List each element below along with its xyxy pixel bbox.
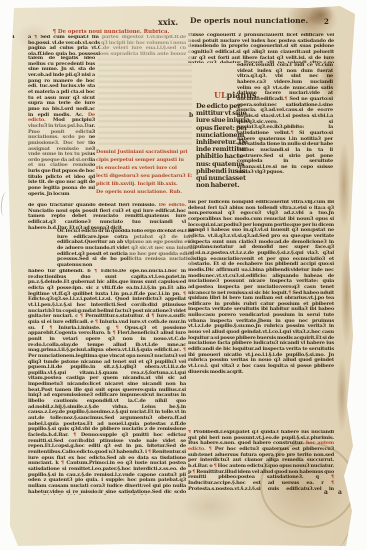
right-column-top-gloss: suisse cognouerit z pronunciauerit licet… [188,33,334,63]
left-edge-mark [0,192,10,217]
left-column-transition-gloss: de quo tractatur quando debeat fieri rem… [28,203,186,229]
author-heading-initials: UL [214,90,227,100]
margin-letter-a: a [11,34,15,40]
running-title: De operis noui nunciatione. [190,16,308,25]
folio-number: 2 [324,17,329,26]
author-heading-name: pianus. [227,90,260,100]
incipit-rubric-block: Domini Justiniani sacratissimi pricipis … [96,148,192,198]
manuscript-page: xxix. De operis noui nunciatione. 2 a ¶ … [8,6,355,546]
stain-right-edge-2 [339,230,354,360]
quire-signature-mark: a a [324,489,346,496]
left-column-main-gloss: habeo tur ghibendi. b ¶ Edicto.De ope.no… [28,269,186,495]
left-column-intro-gloss: a ¶ Sed cum sequat3 fm partes digestoz t… [28,35,186,57]
stain-right-edge-1 [336,130,352,240]
author-heading: ULpianus. [214,90,259,100]
chapter-number: xxix. [158,17,178,27]
left-column-indented-gloss: Or.Tecu3 edicto dr in quodda folio ergo … [57,229,194,269]
lemma-text-block: De edicto permittitur vt siueiure siue i… [196,103,268,195]
right-column-bottom-gloss: ¶ Probibedi.r.expi:patet q3 quida3 haber… [188,430,334,490]
right-column-main-gloss: ius per iudicem nonquid edificauerint vl… [188,200,334,430]
faded-text-area [98,58,192,146]
scan-background: xxix. De operis noui nunciatione. 2 a ¶ … [0,0,367,550]
stain-top-right-core [304,0,338,30]
left-column-narrow-gloss: talem de legatis ideo melius cu preceden… [28,56,95,204]
stain-right-edge-3 [335,346,349,442]
margin-letter-b: b [189,112,193,119]
